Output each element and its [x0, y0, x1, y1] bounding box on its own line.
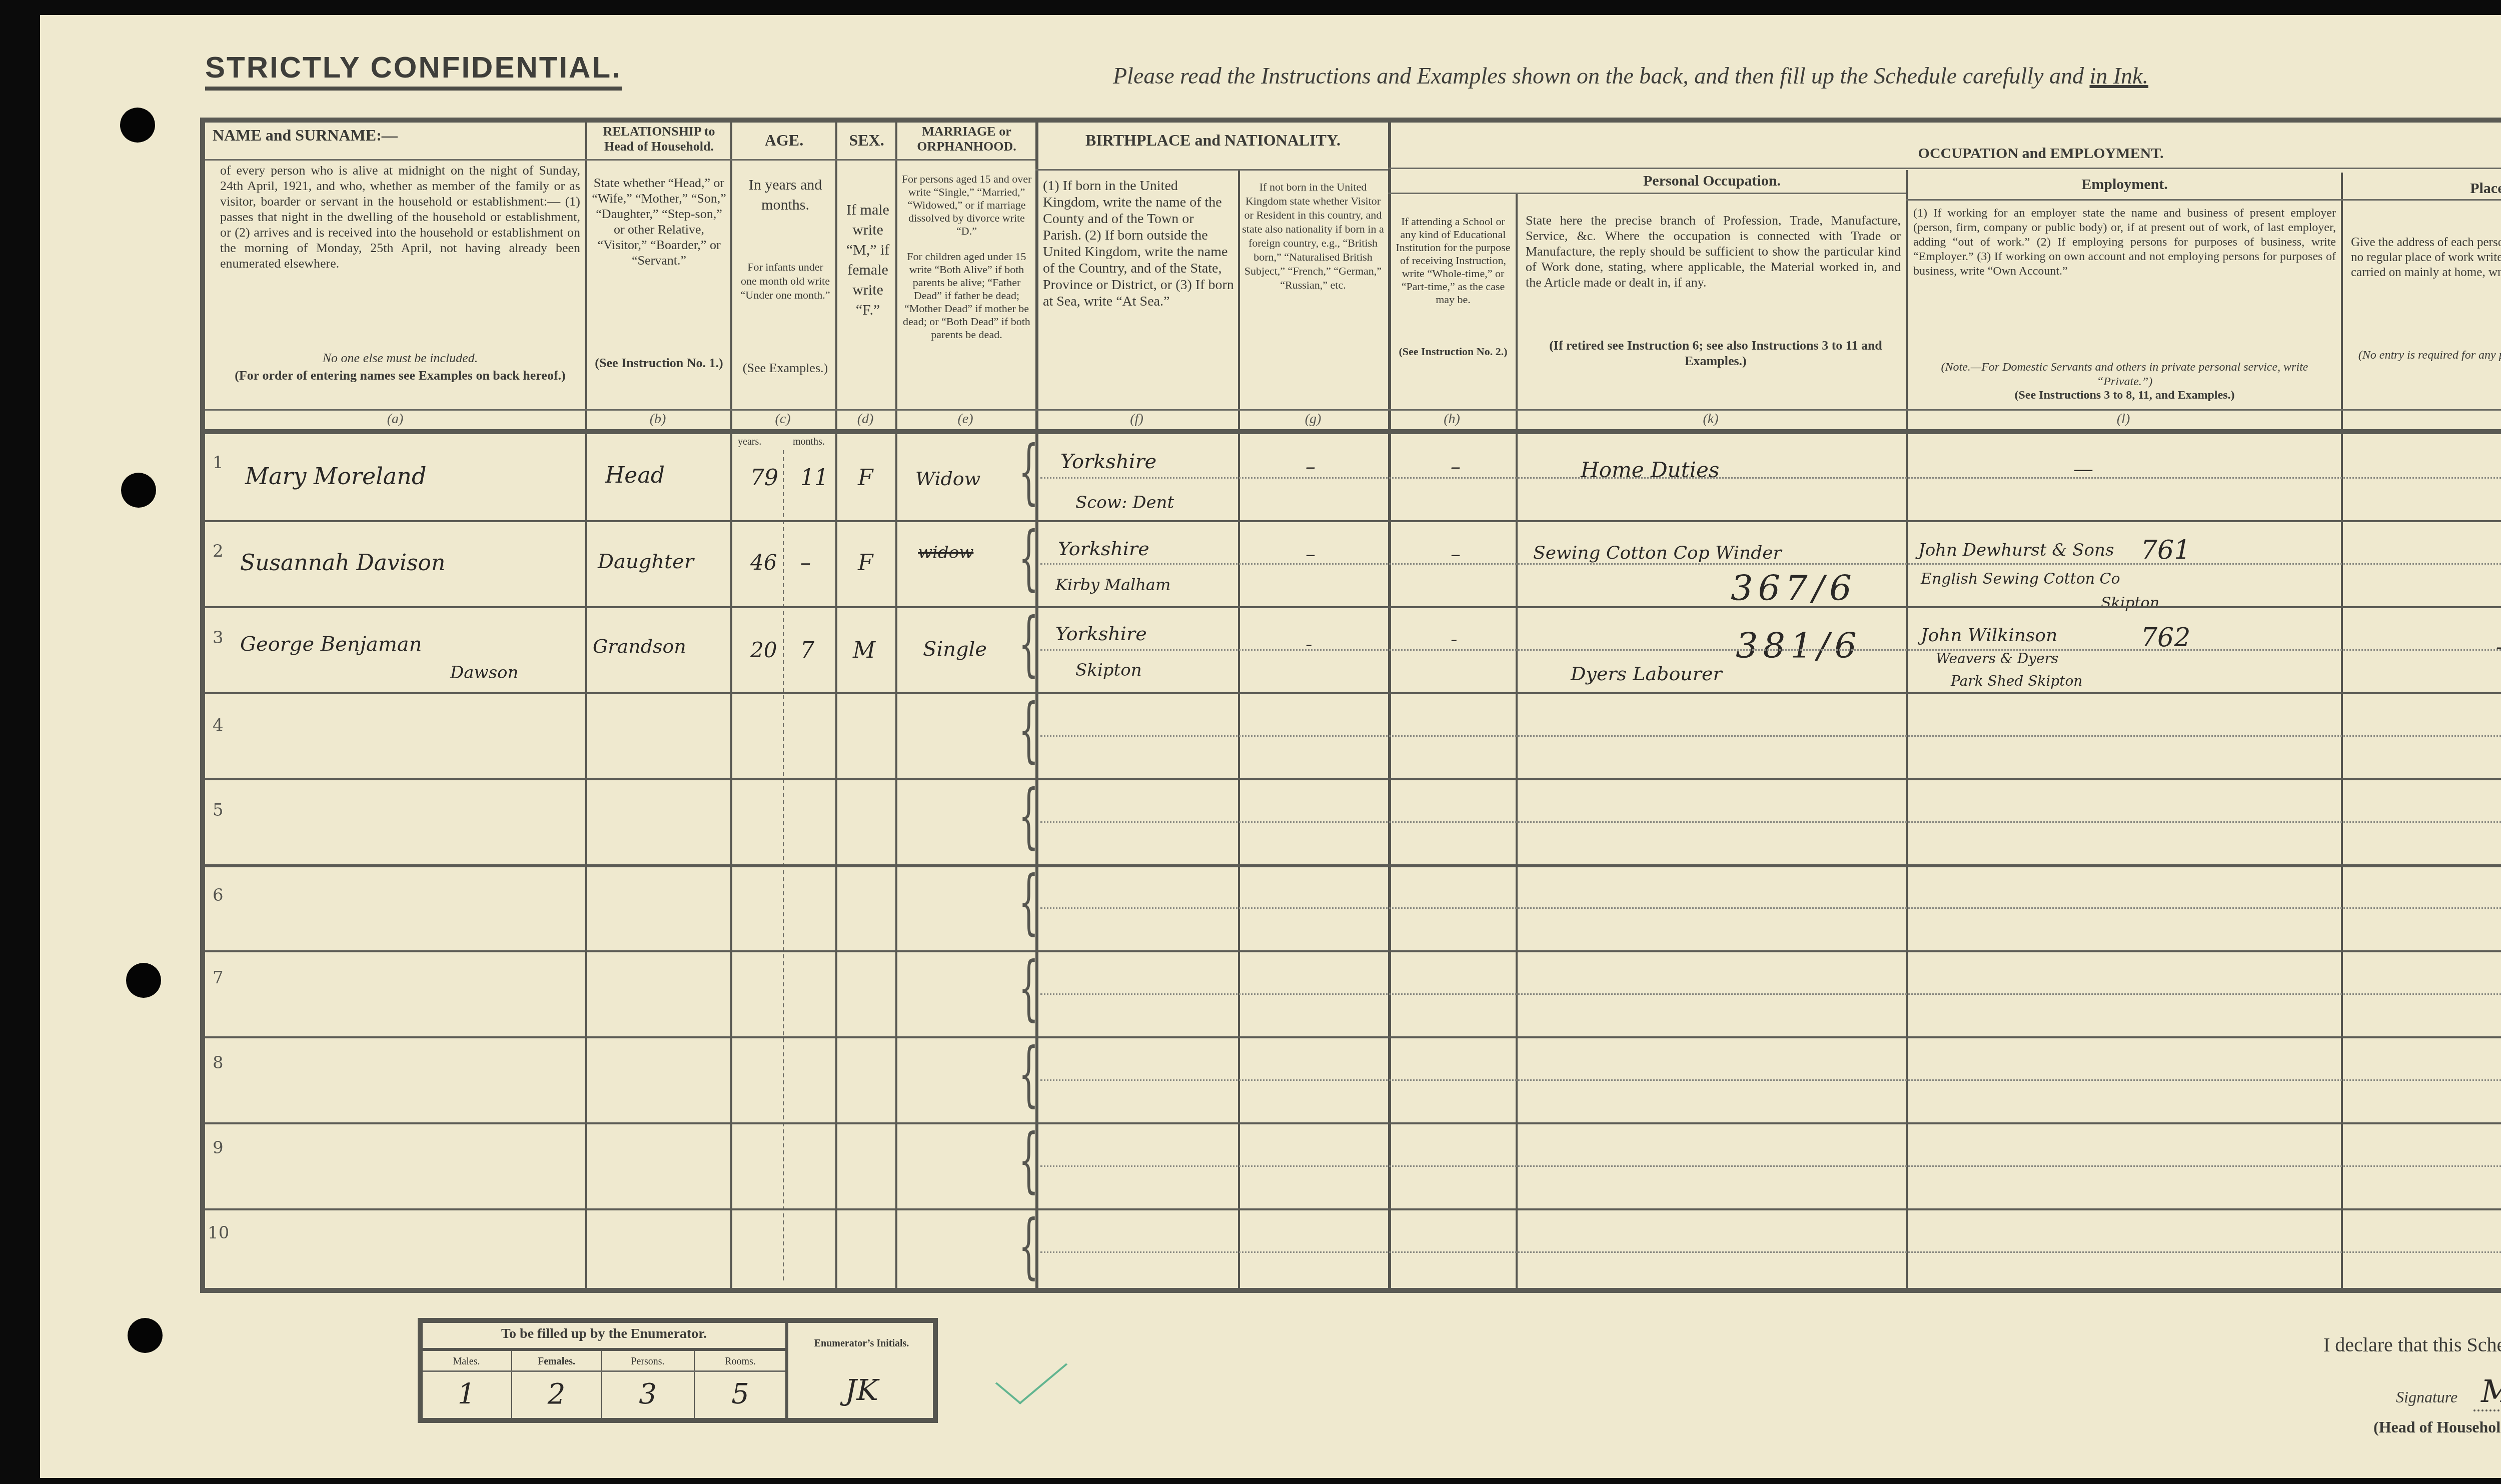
col-c-body: In years and months.	[740, 175, 830, 215]
col-h-id: (h)	[1388, 411, 1516, 427]
row2-age-months[interactable]: –	[800, 550, 811, 575]
row-number: 7	[213, 968, 224, 988]
census-scan: STRICTLY CONFIDENTIAL. Please read the I…	[0, 0, 2501, 1484]
col-k-title: Personal Occupation.	[1518, 173, 1906, 190]
brace-glyph: {	[1018, 781, 1038, 851]
row2-birthplace-town[interactable]: Kirby Malham	[1055, 575, 1170, 594]
row2-age-years[interactable]: 46	[750, 550, 777, 575]
row3-birthplace-town[interactable]: Skipton	[1075, 660, 1142, 680]
row3-surname[interactable]: Dawson	[450, 663, 518, 683]
brace-glyph: {	[1018, 1211, 1038, 1281]
col-e-children: For children aged under 15 write “Both A…	[900, 250, 1033, 341]
signature-line	[2473, 1409, 2501, 1411]
col-divider	[585, 123, 587, 1288]
col-a-title: NAME and SURNAME:—	[213, 126, 583, 145]
col-d-id: (d)	[835, 411, 895, 427]
col-divider	[1238, 170, 1240, 1288]
row3-sex[interactable]: M	[853, 638, 875, 663]
row-midline	[1040, 1251, 2501, 1253]
col-d-body: If male write “M,” if female write “F.”	[845, 200, 890, 320]
col-l-note: (Note.—For Domestic Servants and others …	[1913, 360, 2336, 389]
row-number: 9	[213, 1138, 224, 1158]
row3-nationality[interactable]: -	[1306, 633, 1313, 656]
signature-value[interactable]: Mary Moreland	[2481, 1373, 2501, 1409]
binding-hole	[128, 1318, 163, 1353]
persons-label: Persons.	[603, 1354, 693, 1369]
signature-label: Signature	[2396, 1388, 2457, 1406]
initials-label: Enumerator’s Initials.	[790, 1338, 933, 1349]
col-a-order-note: (For order of entering names see Example…	[220, 368, 580, 383]
confidential-title: STRICTLY CONFIDENTIAL.	[205, 50, 622, 91]
header-rule	[1388, 193, 1906, 194]
col-e-id: (e)	[895, 411, 1035, 427]
row-midline	[1040, 1079, 2501, 1081]
col-k-note: (If retired see Instruction 6; see also …	[1531, 338, 1901, 369]
enum-box-divider	[785, 1323, 788, 1418]
row-midline	[1040, 563, 2501, 565]
row1-sex[interactable]: F	[858, 465, 873, 491]
row-number: 4	[213, 715, 224, 735]
col-b-body: State whether “Head,” or “Wife,” “Mother…	[590, 175, 728, 268]
row-divider	[205, 1122, 2501, 1124]
enum-col-divider	[511, 1351, 512, 1418]
col-b-title: RELATIONSHIP to Head of Household.	[588, 124, 730, 154]
row1-relationship[interactable]: Head	[605, 463, 665, 488]
row1-birthplace-town[interactable]: Scow: Dent	[1075, 493, 1174, 513]
col-m-body: Give the address of each person’s place …	[2351, 235, 2501, 280]
census-form-table	[200, 118, 2501, 1293]
col-m-title: Place of Work.	[2343, 180, 2501, 197]
col-divider	[895, 123, 897, 1288]
col-divider	[835, 123, 837, 1288]
row2-relationship[interactable]: Daughter	[598, 550, 694, 573]
binding-hole	[120, 108, 155, 143]
col-e-body: For persons aged 15 and over write “Sing…	[900, 173, 1033, 238]
row-divider	[205, 864, 2501, 867]
row-midline	[1040, 993, 2501, 995]
row3-employer-business[interactable]: Weavers & Dyers	[1936, 650, 2058, 667]
row-midline	[1040, 477, 2501, 479]
rooms-value[interactable]: 5	[695, 1378, 785, 1410]
col-id-rule	[205, 409, 2501, 411]
row-number: 6	[213, 885, 224, 905]
row-midline	[1040, 821, 2501, 823]
row2-employment-code: 761	[2141, 535, 2190, 565]
header-rule	[205, 159, 585, 161]
header-rule	[1388, 168, 2501, 169]
row2-employer[interactable]: John Dewhurst & Sons	[1918, 540, 2114, 560]
row3-employer[interactable]: John Wilkinson	[1921, 625, 2057, 646]
col-c-infants: For infants under one month old write “U…	[740, 260, 830, 302]
row3-employer-place[interactable]: Park Shed Skipton	[1951, 673, 2082, 689]
instructions-line: Please read the Instructions and Example…	[1113, 63, 2148, 89]
row1-name[interactable]: Mary Moreland	[245, 463, 426, 490]
row-number: 3	[213, 628, 224, 648]
col-divider	[2341, 173, 2343, 1288]
brace-glyph: {	[1018, 609, 1038, 679]
col-l-note2: (See Instructions 3 to 8, 11, and Exampl…	[1913, 388, 2336, 403]
brace-glyph: {	[1018, 1125, 1038, 1195]
enumerator-totals-box: To be filled up by the Enumerator. Males…	[418, 1318, 938, 1423]
col-m-note: (No entry is required for any person who…	[2351, 348, 2501, 363]
occupation-group-title: OCCUPATION and EMPLOYMENT.	[1391, 145, 2501, 162]
row1-school[interactable]: –	[1451, 455, 1461, 478]
row3-age-months[interactable]: 7	[800, 638, 814, 663]
col-a-note: No one else must be included.	[220, 350, 580, 366]
brace-glyph: {	[1018, 437, 1038, 507]
brace-glyph: {	[1018, 867, 1038, 937]
col-c-title: AGE.	[733, 131, 835, 150]
enum-box-rule	[423, 1348, 785, 1351]
row1-nationality[interactable]: –	[1306, 455, 1316, 478]
row1-marriage[interactable]: Widow	[915, 468, 980, 490]
row-divider	[205, 606, 2501, 608]
col-h-body: If attending a School or any kind of Edu…	[1393, 215, 1513, 306]
row-divider	[205, 692, 2501, 694]
initials-value[interactable]: JK	[790, 1373, 933, 1407]
col-h-note: (See Instruction No. 2.)	[1393, 345, 1513, 358]
col-l-title: Employment.	[1908, 176, 2341, 193]
row3-name[interactable]: George Benjaman	[240, 633, 422, 656]
col-m-id: (m)	[2341, 411, 2501, 427]
col-divider	[1388, 123, 1391, 1288]
col-g-id: (g)	[1238, 411, 1388, 427]
enum-box-header: To be filled up by the Enumerator.	[423, 1326, 785, 1342]
declaration-text: I declare that this Schedule is correctl…	[2323, 1333, 2501, 1356]
enum-col-divider	[601, 1351, 602, 1418]
col-k-body: State here the precise branch of Profess…	[1526, 213, 1901, 290]
females-label: Females.	[513, 1354, 600, 1369]
row1-age-months[interactable]: 11	[800, 465, 828, 491]
row2-birthplace[interactable]: Yorkshire	[1058, 538, 1149, 560]
col-k-id: (k)	[1516, 411, 1906, 427]
col-divider	[1906, 170, 1908, 1288]
col-f-id: (f)	[1035, 411, 1238, 427]
header-rule	[1035, 169, 1388, 171]
row3-place-of-work[interactable]: –	[2496, 635, 2501, 658]
row3-marriage[interactable]: Single	[923, 638, 987, 661]
row-number: 10	[208, 1223, 229, 1243]
row-number: 2	[213, 541, 224, 561]
row-number: 5	[213, 800, 224, 820]
males-value[interactable]: 1	[423, 1378, 510, 1410]
row1-birthplace[interactable]: Yorkshire	[1060, 450, 1156, 473]
col-f-body: (1) If born in the United Kingdom, write…	[1043, 178, 1235, 310]
brace-glyph: {	[1018, 953, 1038, 1023]
binding-hole	[121, 473, 156, 508]
row2-sex[interactable]: F	[858, 550, 873, 576]
row2-employer-business[interactable]: English Sewing Cotton Co	[1921, 570, 2120, 588]
col-b-note: (See Instruction No. 1.)	[590, 355, 728, 371]
binding-hole	[126, 963, 161, 998]
row-midline	[1040, 735, 2501, 737]
row3-birthplace[interactable]: Yorkshire	[1055, 623, 1147, 645]
row3-occupation-code: 381/6	[1736, 625, 1862, 666]
col-c-note: (See Examples.)	[740, 360, 830, 376]
header-rule	[1906, 199, 2501, 201]
row-divider	[205, 520, 2501, 522]
row-divider	[205, 1208, 2501, 1210]
rooms-label: Rooms.	[695, 1354, 785, 1369]
row2-nationality[interactable]: –	[1306, 543, 1316, 566]
persons-value[interactable]: 3	[603, 1378, 693, 1410]
brace-glyph: {	[1018, 1039, 1038, 1109]
age-months-label: months.	[793, 434, 825, 450]
brace-glyph: {	[1018, 695, 1038, 765]
row3-occupation[interactable]: Dyers Labourer	[1571, 663, 1722, 685]
birthplace-group-title: BIRTHPLACE and NATIONALITY.	[1038, 131, 1388, 150]
row-divider	[205, 778, 2501, 780]
col-e-title: MARRIAGE or ORPHANHOOD.	[898, 124, 1035, 154]
row-midline	[1040, 1165, 2501, 1167]
instructions-emphasis: in Ink.	[2089, 63, 2148, 89]
enum-col-divider	[694, 1351, 695, 1418]
row3-relationship[interactable]: Grandson	[593, 635, 686, 657]
col-c-id: (c)	[730, 411, 835, 427]
row2-name[interactable]: Susannah Davison	[240, 550, 445, 576]
col-l-body: (1) If working for an employer state the…	[1913, 206, 2336, 279]
row2-school[interactable]: –	[1451, 543, 1461, 566]
row3-age-years[interactable]: 20	[750, 638, 777, 662]
col-g-body: If not born in the United Kingdom state …	[1240, 180, 1386, 292]
row2-marriage[interactable]: widow	[918, 543, 973, 563]
age-years-label: years.	[738, 434, 761, 450]
row1-age-years[interactable]: 79	[750, 465, 778, 491]
females-value[interactable]: 2	[513, 1378, 600, 1410]
signature-role-note: (Head of Household, Manager of Establish…	[2373, 1418, 2501, 1436]
col-l-id: (l)	[1906, 411, 2341, 427]
row3-employment-code: 762	[2141, 623, 2190, 653]
row-divider	[205, 1036, 2501, 1038]
row-midline	[1040, 907, 2501, 909]
col-a-id: (a)	[205, 411, 585, 427]
row2-occupation[interactable]: Sewing Cotton Cop Winder	[1533, 543, 1782, 563]
row-midline	[1040, 649, 2501, 651]
row-number: 1	[213, 453, 224, 473]
header-bottom-rule	[200, 429, 2501, 434]
row3-school[interactable]: -	[1451, 628, 1458, 651]
males-label: Males.	[423, 1354, 510, 1369]
row2-employer-town[interactable]: Skipton	[2101, 594, 2159, 612]
enum-label-rule	[423, 1370, 785, 1372]
row-number: 8	[213, 1053, 224, 1073]
row-divider	[205, 950, 2501, 952]
col-a-body: of every person who is alive at midnight…	[220, 163, 580, 271]
row2-occupation-code: 367/6	[1731, 568, 1857, 609]
col-divider	[730, 123, 732, 1288]
brace-glyph: {	[1018, 523, 1038, 593]
col-b-id: (b)	[585, 411, 730, 427]
col-d-title: SEX.	[838, 131, 895, 150]
header-rule	[585, 159, 1035, 161]
instructions-text: Please read the Instructions and Example…	[1113, 63, 2089, 89]
